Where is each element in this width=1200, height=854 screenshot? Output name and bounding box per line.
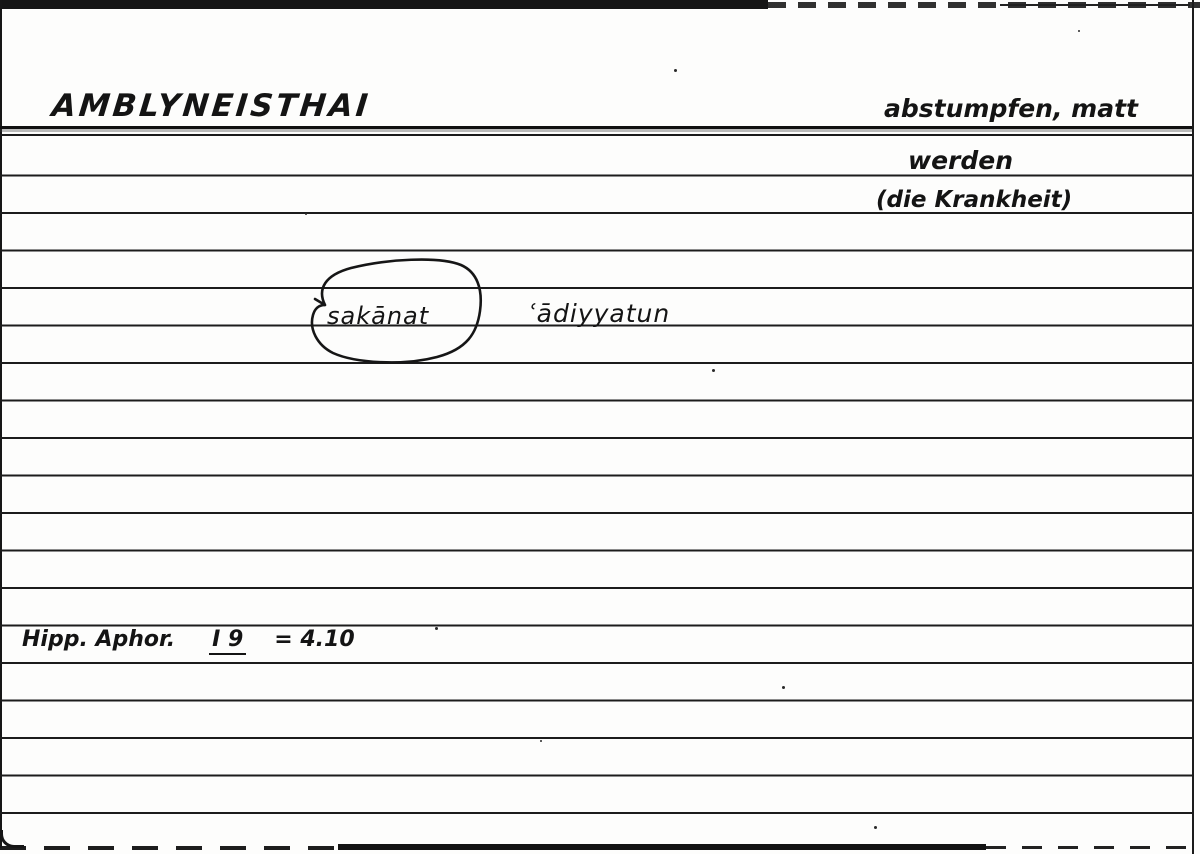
ruled-lines	[0, 139, 1192, 815]
scan-noise-dot	[435, 627, 438, 630]
bottom-edge-dashes-right	[986, 846, 1200, 849]
scan-noise-dot	[1078, 30, 1080, 32]
arabic-term-circled: sakānat	[327, 302, 429, 330]
scan-noise-dot	[540, 740, 542, 742]
gloss-line-2: werden	[908, 146, 1013, 175]
reference-source: Hipp. Aphor.	[22, 627, 175, 652]
reference-target: = 4.10	[274, 627, 354, 652]
bottom-edge-band	[338, 844, 986, 850]
bottom-edge-dashes-left	[0, 846, 338, 850]
gloss-line-1: abstumpfen, matt	[884, 94, 1138, 123]
index-card: AMBLYNEISTHAI abstumpfen, matt werden (d…	[0, 0, 1200, 854]
scan-noise-dot	[874, 826, 877, 829]
arabic-term-second: ʿādiyyatun	[528, 299, 670, 328]
reference-locus: I 9	[209, 627, 246, 655]
top-edge-band	[0, 0, 768, 9]
scan-noise-dot	[674, 69, 677, 72]
gloss-line-3: (die Krankheit)	[876, 187, 1072, 213]
scan-noise-dot	[305, 213, 307, 215]
right-edge-line	[1192, 0, 1194, 854]
header-double-rule-top	[0, 126, 1192, 129]
header-double-rule-bottom	[0, 134, 1192, 136]
headword: AMBLYNEISTHAI	[50, 88, 372, 124]
reference-line: Hipp. Aphor. I 9 = 4.10	[22, 627, 355, 655]
scan-noise-dot	[782, 686, 785, 689]
scan-noise-dot	[712, 369, 715, 372]
top-edge-thin-line	[1000, 4, 1190, 6]
